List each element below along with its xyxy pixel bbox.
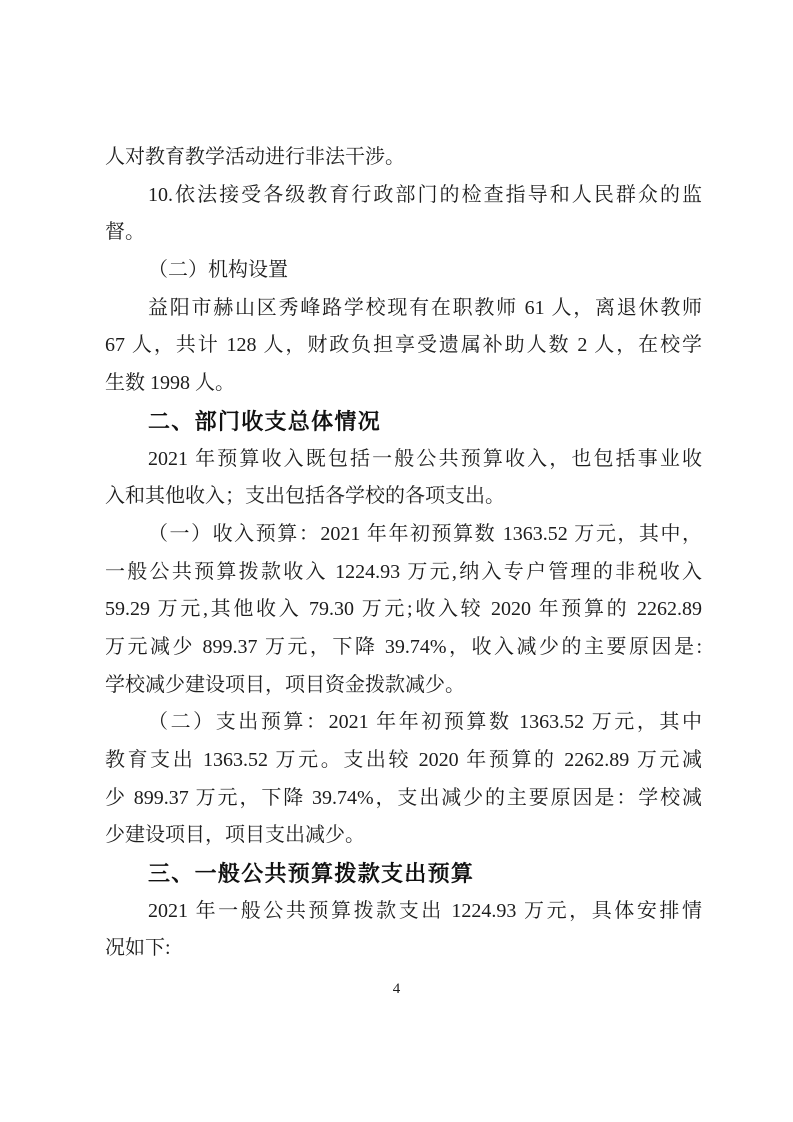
text-line: 2021 年一般公共预算拨款支出 1224.93 万元，具体安排情 [105,893,702,931]
text-line: 人对教育教学活动进行非法干涉。 [105,139,702,177]
text-line: 教育支出 1363.52 万元。支出较 2020 年预算的 2262.89 万元… [105,742,702,780]
subsection-income-budget: （一）收入预算：2021 年年初预算数 1363.52 万元，其中， [105,516,702,554]
subsection-heading-orgs: （二）机构设置 [105,252,702,290]
page-body: 人对教育教学活动进行非法干涉。 10.依法接受各级教育行政部门的检查指导和人民群… [105,139,702,968]
page-number: 4 [393,981,401,997]
document-page: 人对教育教学活动进行非法干涉。 10.依法接受各级教育行政部门的检查指导和人民群… [0,0,793,1122]
text-line: 益阳市赫山区秀峰路学校现有在职教师 61 人，离退休教师 [105,290,702,328]
text-line: 10.依法接受各级教育行政部门的检查指导和人民群众的监 [105,177,702,215]
text-line: 一般公共预算拨款收入 1224.93 万元,纳入专户管理的非税收入 [105,554,702,592]
text-line: 少 899.37 万元，下降 39.74%，支出减少的主要原因是：学校减 [105,780,702,818]
text-line: 59.29 万元,其他收入 79.30 万元;收入较 2020 年预算的 226… [105,591,702,629]
text-line: 生数 1998 人。 [105,365,702,403]
text-line: 况如下: [105,930,702,968]
text-line: 67 人，共计 128 人，财政负担享受遗属补助人数 2 人，在校学 [105,327,702,365]
text-line: 学校减少建设项目，项目资金拨款减少。 [105,667,702,705]
text-line: 万元减少 899.37 万元，下降 39.74%，收入减少的主要原因是: [105,629,702,667]
text-line: 督。 [105,214,702,252]
text-line: 2021 年预算收入既包括一般公共预算收入，也包括事业收 [105,441,702,479]
page-footer: 4 [0,980,793,998]
text-line: 入和其他收入；支出包括各学校的各项支出。 [105,478,702,516]
subsection-expense-budget: （二）支出预算：2021 年年初预算数 1363.52 万元，其中 [105,704,702,742]
section-heading-appropriation: 三、一般公共预算拨款支出预算 [105,855,702,893]
section-heading-overview: 二、部门收支总体情况 [105,403,702,441]
text-line: 少建设项目，项目支出减少。 [105,817,702,855]
